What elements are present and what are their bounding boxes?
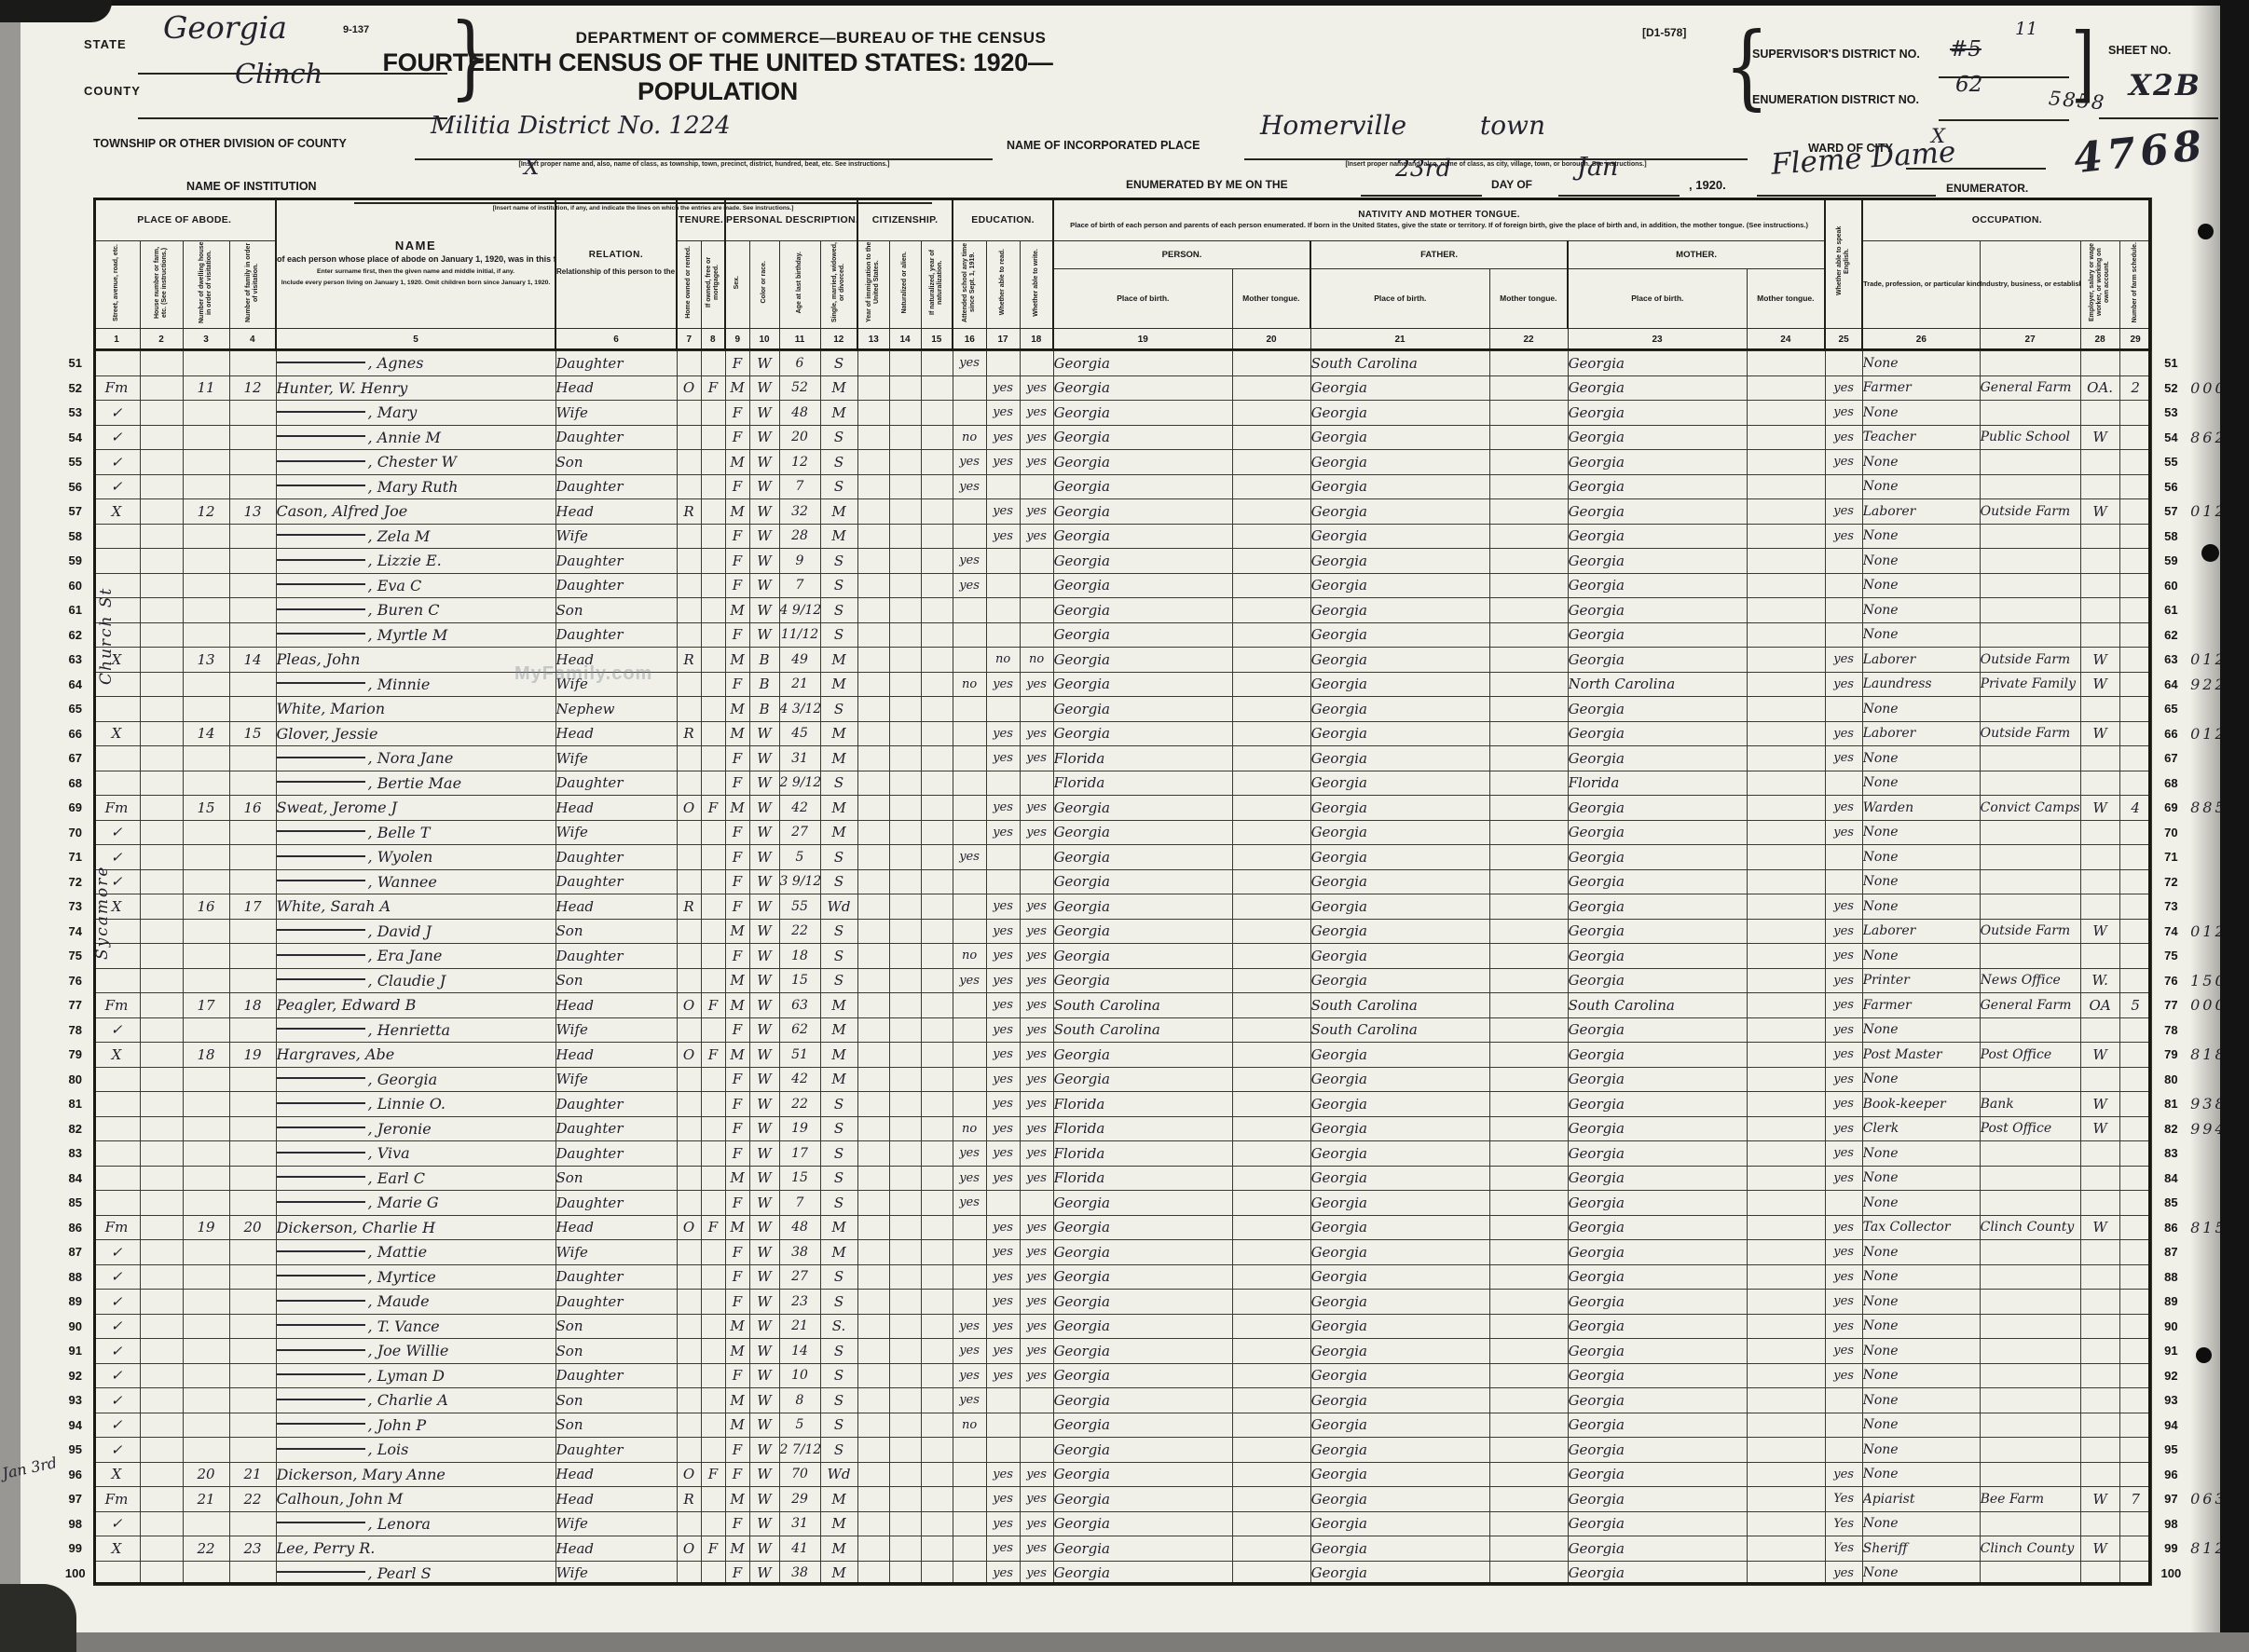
relation: Wife: [555, 820, 677, 845]
name: , Claudie J: [276, 968, 555, 993]
color-race: W: [749, 1141, 779, 1167]
color-race: W: [749, 796, 779, 821]
industry: Bee Farm: [1980, 1487, 2080, 1512]
farm-schedule: [2119, 1116, 2151, 1141]
owned-free-mortgaged: [701, 968, 725, 993]
owned-free-mortgaged: [701, 894, 725, 920]
marital-status: M: [820, 375, 857, 401]
marital-status: S: [820, 351, 857, 376]
relation: Daughter: [555, 1116, 677, 1141]
house-number: [140, 1363, 183, 1388]
farm-schedule: [2119, 1561, 2151, 1586]
color-race: W: [749, 450, 779, 475]
able-to-write: yes: [1020, 1092, 1053, 1117]
father-birthplace: Georgia: [1310, 1314, 1489, 1339]
person-birthplace: South Carolina: [1053, 993, 1232, 1018]
attended-school: yes: [953, 573, 986, 598]
immigration-year: [857, 1116, 889, 1141]
mother-mother-tongue: [1747, 1438, 1825, 1463]
industry: Post Office: [1980, 1116, 2080, 1141]
age: 21: [779, 672, 820, 697]
age: 48: [779, 401, 820, 426]
person-mother-tongue: [1232, 1166, 1310, 1191]
mother-mother-tongue: [1747, 1339, 1825, 1364]
person-mother-tongue: [1232, 549, 1310, 574]
home-owned-rented: [677, 1413, 701, 1438]
house-number: [140, 499, 183, 525]
person-mother-tongue: [1232, 1339, 1310, 1364]
name: , John P: [276, 1413, 555, 1438]
person-birthplace: Georgia: [1053, 1487, 1232, 1512]
mother-birthplace: Georgia: [1568, 1314, 1747, 1339]
able-to-read: yes: [986, 894, 1020, 920]
able-to-read: no: [986, 648, 1020, 673]
family-number: 15: [229, 721, 276, 746]
employment-class: [2080, 1388, 2119, 1413]
relation: Daughter: [555, 1290, 677, 1315]
col-head-house-number: House number or farm, etc. (See instruct…: [140, 241, 183, 329]
street-mark: X: [93, 1043, 140, 1068]
scan-bottomleft-shadow: [0, 1584, 76, 1652]
line-number-right: 93: [2151, 1388, 2190, 1413]
industry: [1980, 845, 2080, 870]
line-number: 93: [58, 1388, 93, 1413]
father-mother-tongue: [1489, 351, 1568, 376]
relation: Daughter: [555, 1191, 677, 1216]
column-number: 23: [1568, 329, 1747, 351]
family-number: [229, 474, 276, 499]
sex: F: [725, 1240, 749, 1265]
speaks-english: yes: [1825, 499, 1862, 525]
marital-status: Wd: [820, 894, 857, 920]
farm-schedule: [2119, 919, 2151, 944]
employment-class: W: [2080, 796, 2119, 821]
street-mark: ✓: [93, 401, 140, 426]
line-number: 71: [58, 845, 93, 870]
supervisor-district-value: #5: [1950, 37, 1982, 61]
subgroup-mother: MOTHER.: [1568, 241, 1825, 269]
line-number-right: 100: [2151, 1561, 2190, 1586]
dwelling-number: 18: [183, 1043, 229, 1068]
occupation: None: [1862, 549, 1980, 574]
father-birthplace: Georgia: [1310, 869, 1489, 894]
line-number: 62: [58, 622, 93, 648]
line-number-right: 76: [2151, 968, 2190, 993]
naturalized: [889, 1240, 921, 1265]
district-close-bracket: ]: [2071, 16, 2095, 113]
owned-free-mortgaged: [701, 1413, 725, 1438]
attended-school: [953, 1043, 986, 1068]
naturalized: [889, 598, 921, 623]
attended-school: [953, 375, 986, 401]
census-row: 62, Myrtle MDaughterFW11/12SGeorgiaGeorg…: [58, 622, 2246, 648]
father-birthplace: Georgia: [1310, 1166, 1489, 1191]
speaks-english: [1825, 869, 1862, 894]
name: Hunter, W. Henry: [276, 375, 555, 401]
industry: [1980, 869, 2080, 894]
line-number-right: 81: [2151, 1092, 2190, 1117]
occupation: Sheriff: [1862, 1536, 1980, 1562]
census-row: 94✓, John PSonMW5SnoGeorgiaGeorgiaGeorgi…: [58, 1413, 2246, 1438]
color-race: W: [749, 968, 779, 993]
naturalized: [889, 919, 921, 944]
industry: [1980, 450, 2080, 475]
marital-status: S: [820, 474, 857, 499]
owned-free-mortgaged: F: [701, 796, 725, 821]
relation: Son: [555, 1314, 677, 1339]
marital-status: S: [820, 573, 857, 598]
owned-free-mortgaged: [701, 499, 725, 525]
line-number-right: 83: [2151, 1141, 2190, 1167]
line-number-right: 80: [2151, 1067, 2190, 1092]
mother-birthplace: Georgia: [1568, 1561, 1747, 1586]
column-number: 24: [1747, 329, 1825, 351]
father-mother-tongue: [1489, 1141, 1568, 1167]
industry: News Office: [1980, 968, 2080, 993]
attended-school: [953, 820, 986, 845]
relation-subtitle: Relationship of this person to the head …: [556, 267, 676, 277]
able-to-write: yes: [1020, 450, 1053, 475]
industry: [1980, 401, 2080, 426]
line-number: 73: [58, 894, 93, 920]
color-race: W: [749, 573, 779, 598]
able-to-read: [986, 1388, 1020, 1413]
state-value: Georgia: [163, 9, 287, 46]
marital-status: S: [820, 944, 857, 969]
able-to-read: yes: [986, 1511, 1020, 1536]
mother-mother-tongue: [1747, 721, 1825, 746]
occupation: None: [1862, 869, 1980, 894]
person-mother-tongue: [1232, 622, 1310, 648]
relation: Daughter: [555, 845, 677, 870]
father-mother-tongue: [1489, 1536, 1568, 1562]
census-row: 64, MinnieWifeFB21MnoyesyesGeorgiaGeorgi…: [58, 672, 2246, 697]
person-birthplace: Georgia: [1053, 524, 1232, 549]
age: 4 9/12: [779, 598, 820, 623]
attended-school: yes: [953, 1141, 986, 1167]
father-mother-tongue: [1489, 1116, 1568, 1141]
farm-schedule: [2119, 474, 2151, 499]
name: , Eva C: [276, 573, 555, 598]
census-row: 86Fm1920Dickerson, Charlie HHeadOFMW48My…: [58, 1215, 2246, 1240]
naturalization-year: [921, 919, 953, 944]
dwelling-number: 20: [183, 1462, 229, 1487]
occupation: None: [1862, 771, 1980, 796]
able-to-read: [986, 549, 1020, 574]
occupation: None: [1862, 944, 1980, 969]
family-number: [229, 845, 276, 870]
industry: Outside Farm: [1980, 919, 2080, 944]
column-number: 15: [921, 329, 953, 351]
col-head-home-owned: Home owned or rented.: [677, 241, 701, 329]
able-to-write: [1020, 697, 1053, 722]
farm-schedule: [2119, 746, 2151, 771]
line-number-right: 67: [2151, 746, 2190, 771]
occupation: Clerk: [1862, 1116, 1980, 1141]
immigration-year: [857, 1264, 889, 1290]
person-birthplace: Georgia: [1053, 1339, 1232, 1364]
occupation: None: [1862, 1363, 1980, 1388]
color-race: W: [749, 622, 779, 648]
sex: M: [725, 968, 749, 993]
age: 19: [779, 1116, 820, 1141]
able-to-read: yes: [986, 1487, 1020, 1512]
able-to-read: yes: [986, 746, 1020, 771]
owned-free-mortgaged: [701, 450, 725, 475]
person-mother-tongue: [1232, 944, 1310, 969]
marital-status: S: [820, 1388, 857, 1413]
person-birthplace: Georgia: [1053, 622, 1232, 648]
employment-class: [2080, 622, 2119, 648]
farm-schedule: [2119, 1067, 2151, 1092]
census-row: 67, Nora JaneWifeFW31MyesyesFloridaGeorg…: [58, 746, 2246, 771]
attended-school: no: [953, 1413, 986, 1438]
scan-top-edge: [0, 0, 2249, 6]
dwelling-number: [183, 869, 229, 894]
industry: Bank: [1980, 1092, 2080, 1117]
color-race: W: [749, 919, 779, 944]
census-row: 53✓, MaryWifeFW48MyesyesGeorgiaGeorgiaGe…: [58, 401, 2246, 426]
able-to-write: yes: [1020, 1339, 1053, 1364]
street-mark: ✓: [93, 1339, 140, 1364]
occupation: None: [1862, 351, 1980, 376]
mother-mother-tongue: [1747, 697, 1825, 722]
name: , Pearl S: [276, 1561, 555, 1586]
age: 41: [779, 1536, 820, 1562]
family-number: 13: [229, 499, 276, 525]
immigration-year: [857, 771, 889, 796]
immigration-year: [857, 351, 889, 376]
attended-school: [953, 796, 986, 821]
able-to-write: [1020, 474, 1053, 499]
dwelling-number: [183, 1264, 229, 1290]
father-birthplace: Georgia: [1310, 524, 1489, 549]
owned-free-mortgaged: [701, 1116, 725, 1141]
column-number: 19: [1053, 329, 1232, 351]
line-number: 100: [58, 1561, 93, 1586]
name: , Earl C: [276, 1166, 555, 1191]
owned-free-mortgaged: [701, 1240, 725, 1265]
mother-mother-tongue: [1747, 1166, 1825, 1191]
dwelling-number: 11: [183, 375, 229, 401]
mother-birthplace: Georgia: [1568, 401, 1747, 426]
naturalization-year: [921, 1462, 953, 1487]
able-to-write: yes: [1020, 820, 1053, 845]
owned-free-mortgaged: F: [701, 993, 725, 1018]
dwelling-number: [183, 573, 229, 598]
name: , Zela M: [276, 524, 555, 549]
home-owned-rented: [677, 1166, 701, 1191]
name: Peagler, Edward B: [276, 993, 555, 1018]
person-mother-tongue: [1232, 1215, 1310, 1240]
attended-school: yes: [953, 968, 986, 993]
census-row: 92✓, Lyman DDaughterFW10SyesyesyesGeorgi…: [58, 1363, 2246, 1388]
institution-value: X: [524, 156, 539, 180]
employment-class: [2080, 1413, 2119, 1438]
line-number: 74: [58, 919, 93, 944]
able-to-read: [986, 573, 1020, 598]
marital-status: M: [820, 1017, 857, 1043]
relation: Son: [555, 450, 677, 475]
column-number: 25: [1825, 329, 1862, 351]
mother-birthplace: Georgia: [1568, 1141, 1747, 1167]
line-number-right: 94: [2151, 1413, 2190, 1438]
mother-birthplace: Georgia: [1568, 968, 1747, 993]
street-mark: [93, 1067, 140, 1092]
dwelling-number: [183, 1191, 229, 1216]
naturalized: [889, 1215, 921, 1240]
home-owned-rented: [677, 1438, 701, 1463]
occupation: None: [1862, 598, 1980, 623]
father-birthplace: Georgia: [1310, 573, 1489, 598]
naturalized: [889, 944, 921, 969]
occupation: Book-keeper: [1862, 1092, 1980, 1117]
name: Glover, Jessie: [276, 721, 555, 746]
house-number: [140, 968, 183, 993]
naturalization-year: [921, 401, 953, 426]
owned-free-mortgaged: F: [701, 1043, 725, 1068]
mother-mother-tongue: [1747, 1536, 1825, 1562]
naturalized: [889, 869, 921, 894]
father-mother-tongue: [1489, 869, 1568, 894]
industry: Post Office: [1980, 1043, 2080, 1068]
attended-school: [953, 1067, 986, 1092]
naturalized: [889, 499, 921, 525]
father-birthplace: Georgia: [1310, 1561, 1489, 1586]
naturalized: [889, 425, 921, 450]
color-race: W: [749, 1388, 779, 1413]
dwelling-number: 13: [183, 648, 229, 673]
dwelling-number: [183, 944, 229, 969]
home-owned-rented: [677, 845, 701, 870]
color-race: B: [749, 697, 779, 722]
street-mark: Fm: [93, 375, 140, 401]
naturalization-year: [921, 1363, 953, 1388]
column-number: 8: [701, 329, 725, 351]
industry: [1980, 598, 2080, 623]
relation: Son: [555, 968, 677, 993]
industry: [1980, 1511, 2080, 1536]
farm-schedule: [2119, 1511, 2151, 1536]
census-row: 69Fm1516Sweat, Jerome JHeadOFMW42Myesyes…: [58, 796, 2246, 821]
age: 10: [779, 1363, 820, 1388]
age: 9: [779, 549, 820, 574]
occupation: None: [1862, 1314, 1980, 1339]
house-number: [140, 1413, 183, 1438]
column-number: 16: [953, 329, 986, 351]
able-to-read: yes: [986, 968, 1020, 993]
census-row: 76, Claudie JSonMW15SyesyesyesGeorgiaGeo…: [58, 968, 2246, 993]
sex: M: [725, 796, 749, 821]
census-row: 79X1819Hargraves, AbeHeadOFMW51MyesyesGe…: [58, 1043, 2246, 1068]
father-mother-tongue: [1489, 1240, 1568, 1265]
marital-status: S: [820, 968, 857, 993]
line-number: 61: [58, 598, 93, 623]
col-head-naturalization-year: If naturalized, year of naturalization.: [921, 241, 953, 329]
house-number: [140, 1240, 183, 1265]
able-to-write: yes: [1020, 894, 1053, 920]
person-birthplace: Georgia: [1053, 672, 1232, 697]
industry: [1980, 1462, 2080, 1487]
relation: Head: [555, 1487, 677, 1512]
marital-status: S: [820, 598, 857, 623]
naturalized: [889, 1536, 921, 1562]
line-number-right: 89: [2151, 1290, 2190, 1315]
naturalization-year: [921, 721, 953, 746]
able-to-write: [1020, 549, 1053, 574]
marital-status: S.: [820, 1314, 857, 1339]
speaks-english: [1825, 1388, 1862, 1413]
speaks-english: [1825, 771, 1862, 796]
relation: Daughter: [555, 474, 677, 499]
naturalization-year: [921, 1290, 953, 1315]
line-number-right: 66: [2151, 721, 2190, 746]
street-mark: ✓: [93, 1413, 140, 1438]
home-owned-rented: O: [677, 375, 701, 401]
person-birthplace: Georgia: [1053, 425, 1232, 450]
naturalization-year: [921, 1116, 953, 1141]
sex: M: [725, 1314, 749, 1339]
color-race: W: [749, 993, 779, 1018]
owned-free-mortgaged: [701, 598, 725, 623]
name: Dickerson, Charlie H: [276, 1215, 555, 1240]
street-mark: ✓: [93, 1314, 140, 1339]
family-number: [229, 1240, 276, 1265]
occupation: None: [1862, 1462, 1980, 1487]
mother-mother-tongue: [1747, 672, 1825, 697]
scan-right-shadow: [2190, 0, 2220, 1652]
dwelling-number: [183, 672, 229, 697]
father-birthplace: Georgia: [1310, 1141, 1489, 1167]
census-row: 99X2223Lee, Perry R.HeadOFMW41MyesyesGeo…: [58, 1536, 2246, 1562]
census-row: 85, Marie GDaughterFW7SyesGeorgiaGeorgia…: [58, 1191, 2246, 1216]
immigration-year: [857, 1413, 889, 1438]
mother-birthplace: Georgia: [1568, 1290, 1747, 1315]
family-number: [229, 425, 276, 450]
mother-birthplace: Georgia: [1568, 351, 1747, 376]
employment-class: [2080, 894, 2119, 920]
line-number: 91: [58, 1339, 93, 1364]
name: , Joe Willie: [276, 1339, 555, 1364]
occupation: None: [1862, 1438, 1980, 1463]
dwelling-number: 21: [183, 1487, 229, 1512]
naturalization-year: [921, 944, 953, 969]
home-owned-rented: [677, 1116, 701, 1141]
mother-mother-tongue: [1747, 894, 1825, 920]
father-mother-tongue: [1489, 993, 1568, 1018]
naturalized: [889, 968, 921, 993]
house-number: [140, 1388, 183, 1413]
able-to-write: [1020, 351, 1053, 376]
person-birthplace: Florida: [1053, 746, 1232, 771]
marital-status: S: [820, 450, 857, 475]
census-row: 82, JeronieDaughterFW19SnoyesyesFloridaG…: [58, 1116, 2246, 1141]
able-to-read: yes: [986, 721, 1020, 746]
col-head-employment-class: Employer, salary or wage worker, or work…: [2080, 241, 2119, 329]
father-birthplace: Georgia: [1310, 1264, 1489, 1290]
line-number-right: 79: [2151, 1043, 2190, 1068]
person-birthplace: Georgia: [1053, 1043, 1232, 1068]
industry: [1980, 697, 2080, 722]
mother-mother-tongue: [1747, 1092, 1825, 1117]
home-owned-rented: [677, 1388, 701, 1413]
line-number-right: 73: [2151, 894, 2190, 920]
person-birthplace: Georgia: [1053, 474, 1232, 499]
immigration-year: [857, 622, 889, 648]
mother-mother-tongue: [1747, 1388, 1825, 1413]
able-to-read: yes: [986, 1215, 1020, 1240]
naturalized: [889, 1092, 921, 1117]
